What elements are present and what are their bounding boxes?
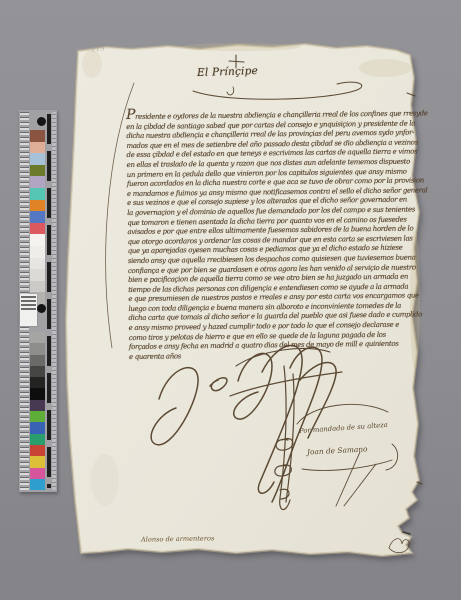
- registration-dot-icon: [37, 304, 46, 313]
- strip-label-text-line: [21, 304, 36, 306]
- color-patch: [30, 153, 45, 165]
- color-patch: [30, 200, 45, 212]
- registration-dot-icon: [37, 117, 46, 126]
- color-patch: [30, 422, 45, 433]
- color-patch: [30, 355, 45, 366]
- color-patch: [30, 258, 45, 270]
- color-patch: [30, 479, 45, 490]
- color-patch: [30, 130, 45, 142]
- color-calibration-strip: [19, 110, 57, 492]
- color-patch: [30, 468, 45, 479]
- color-patch: [30, 388, 45, 399]
- color-patch: [30, 176, 45, 188]
- color-patch: [30, 223, 45, 235]
- color-patches-bottom: [30, 332, 45, 490]
- color-patch: [30, 400, 45, 411]
- strip-label-text-line: [21, 300, 36, 302]
- color-patch: [30, 411, 45, 422]
- color-patch: [30, 246, 45, 258]
- color-patch: [30, 445, 45, 456]
- strip-registration-dashes: [47, 114, 51, 488]
- color-patch: [30, 434, 45, 445]
- color-patches-top: [30, 130, 45, 304]
- color-patch: [30, 188, 45, 200]
- color-patch: [30, 456, 45, 467]
- color-patch: [30, 377, 45, 388]
- strip-label-text-line: [21, 296, 36, 298]
- color-patch: [30, 281, 45, 293]
- manuscript-photo-svg: [0, 0, 461, 600]
- color-patch: [30, 165, 45, 177]
- color-patch: [30, 211, 45, 223]
- strip-micro-text-right: [52, 112, 56, 490]
- color-patch: [30, 234, 45, 246]
- color-patch: [30, 366, 45, 377]
- color-patch: [30, 332, 45, 343]
- photo-scene: 113 El Prínçipe Presidente e oydores de …: [0, 0, 461, 600]
- strip-label-block: [20, 294, 37, 326]
- color-patch: [30, 142, 45, 154]
- color-patch: [30, 343, 45, 354]
- color-patch: [30, 269, 45, 281]
- strip-label-text-line: [21, 308, 36, 310]
